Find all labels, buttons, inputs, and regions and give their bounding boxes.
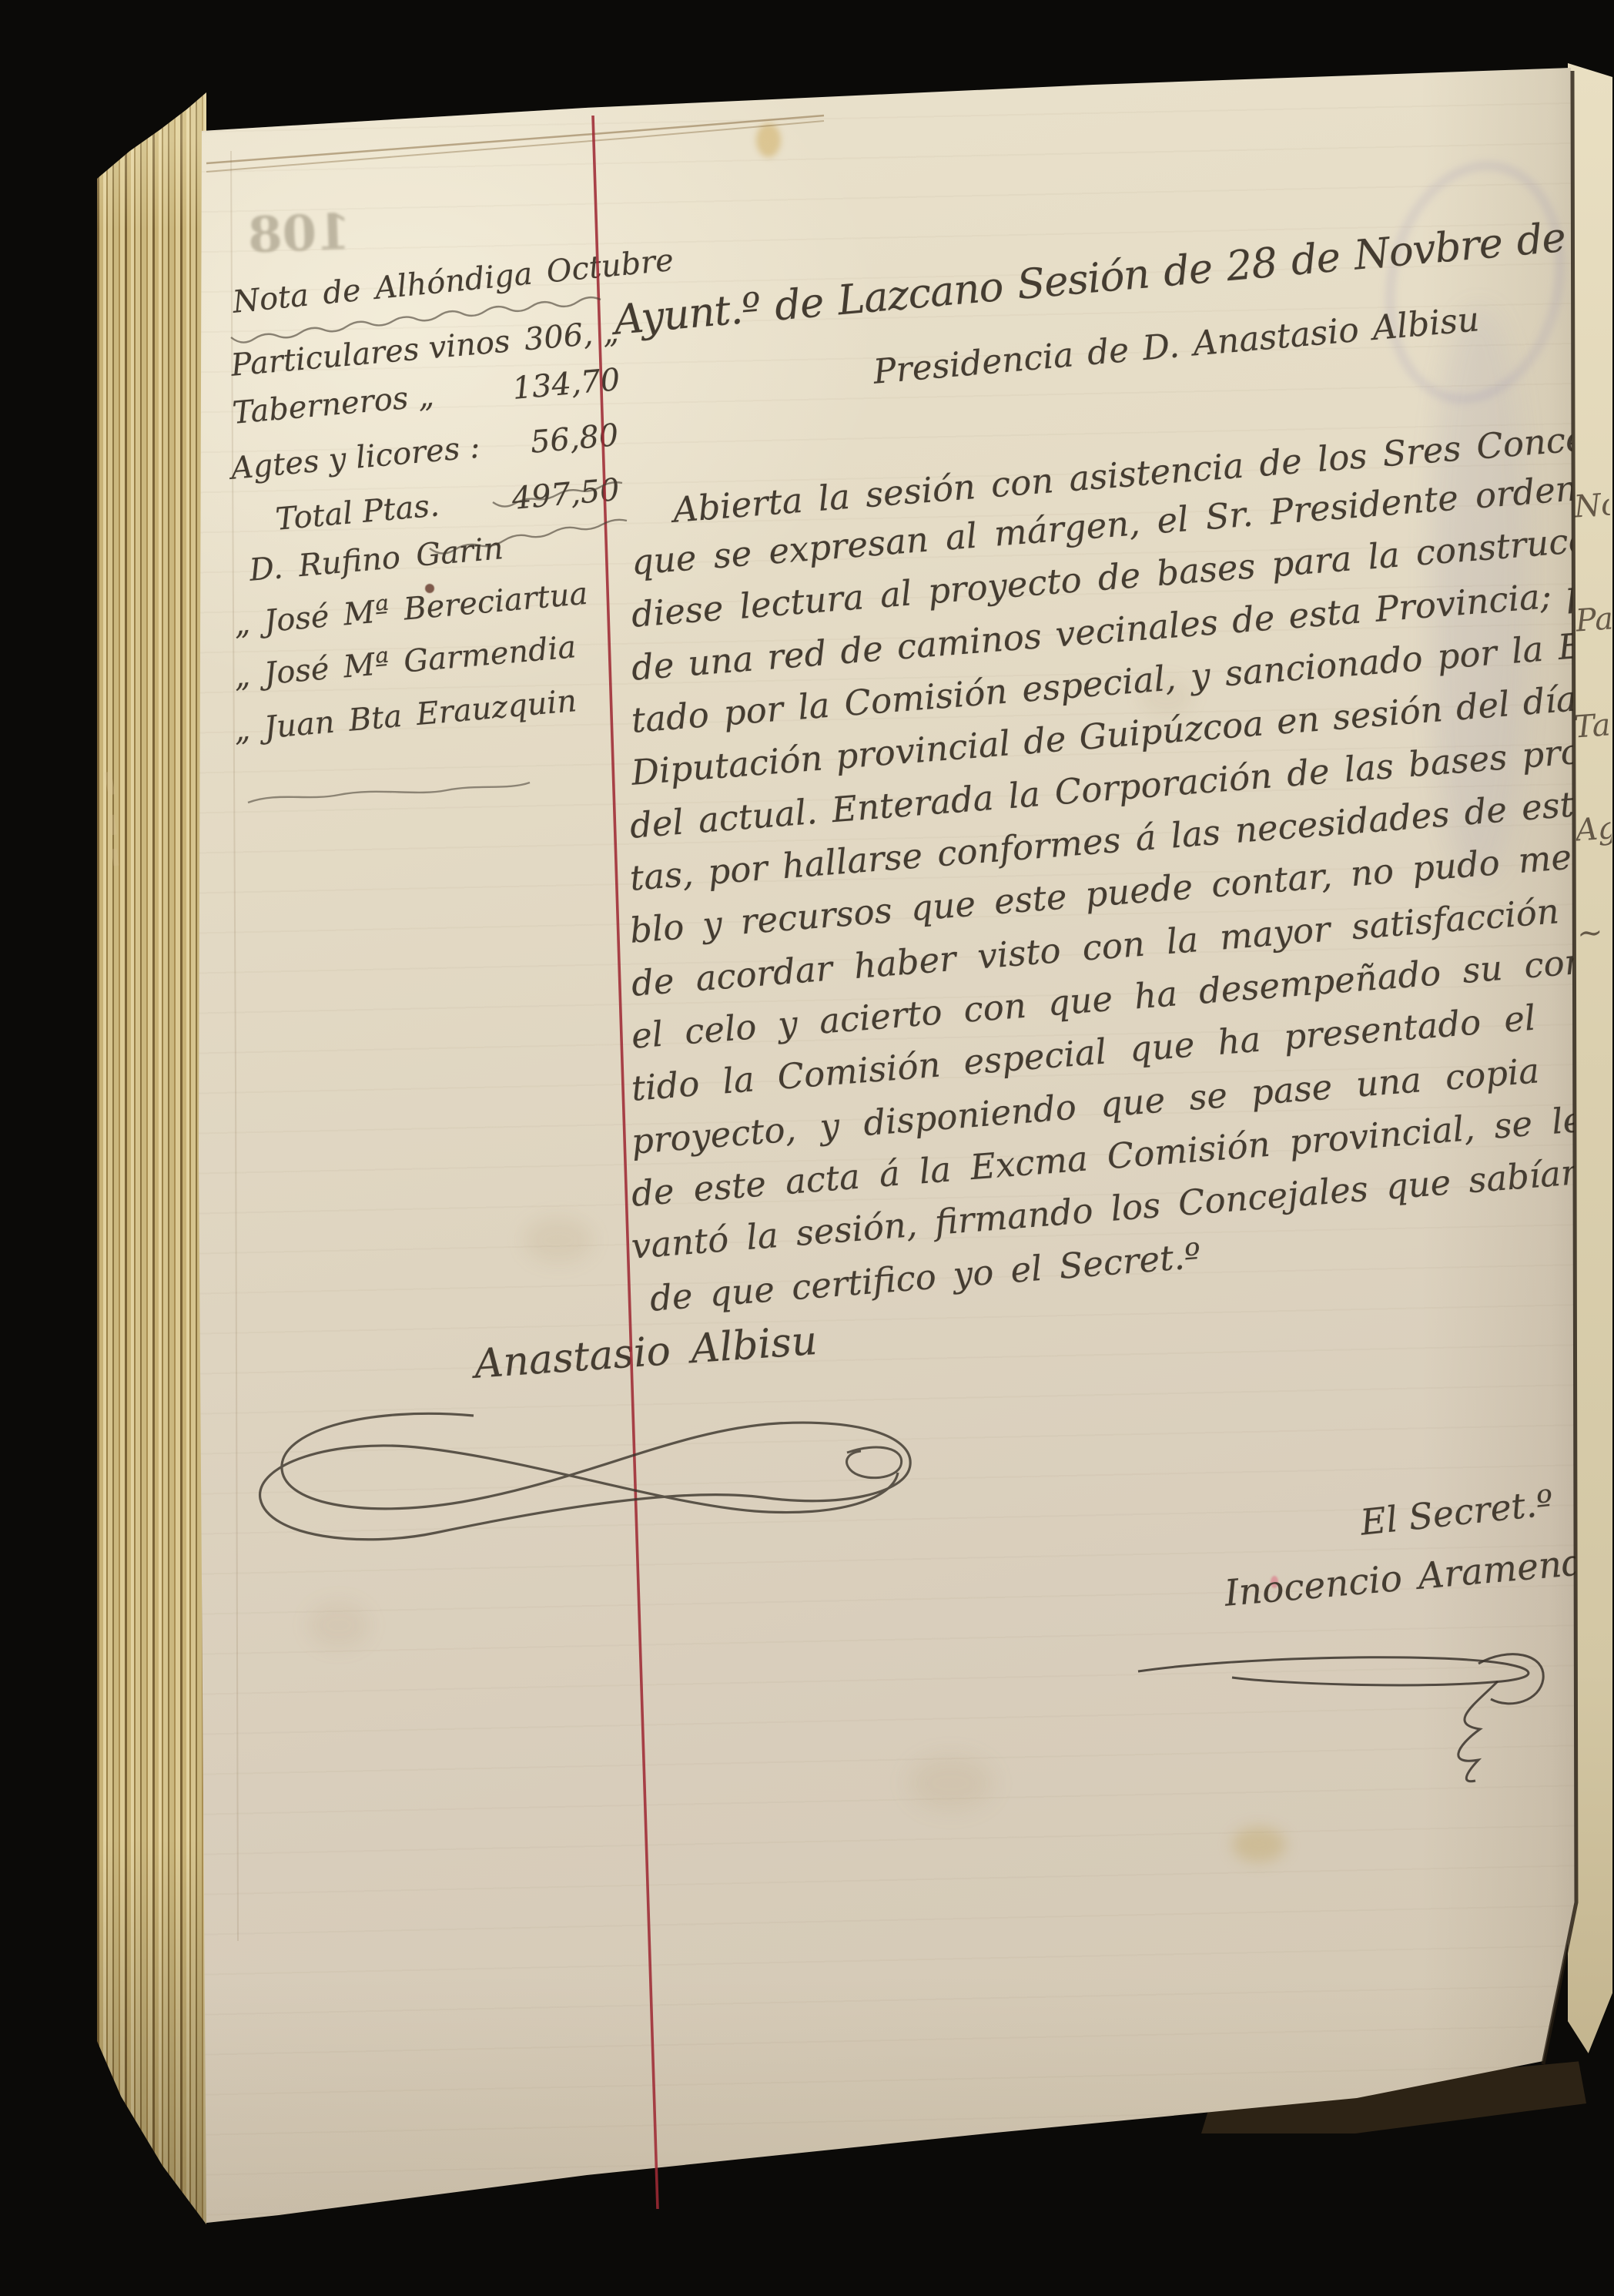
margin-attendee: „ José Mª Garmendia: [233, 629, 578, 695]
paper-stain: [524, 1217, 593, 1263]
next-page-text-fragment: ~: [1575, 913, 1612, 951]
bleedthrough-folio-number: 108: [247, 203, 352, 265]
secretary-title: El Secret.º: [1358, 1482, 1555, 1544]
president-signature: Anastasio Albisu: [473, 1318, 819, 1388]
secretary-signature: Inocencio Aramendi: [1223, 1540, 1598, 1615]
margin-entry-amount: 306, „: [523, 314, 620, 358]
paper-stain: [1232, 1827, 1286, 1862]
next-page-text-fragment: Pa: [1574, 601, 1612, 639]
margin-entry-amount: 134,70: [511, 362, 621, 407]
margin-entry-amount: 56,80: [529, 417, 620, 461]
paper-stain: [756, 123, 781, 157]
scanned-book-photo: Not Pa Ta Ag ~ 108 Nota de Alhóndiga Oct…: [0, 0, 1614, 2296]
margin-entry-amount: 497,50: [511, 472, 621, 517]
paper-stain: [308, 1602, 370, 1648]
next-page-text-fragment: Not: [1572, 487, 1610, 525]
margin-entry-label: Taberneros „: [231, 378, 435, 431]
margin-entry-label: Agtes y licores :: [229, 430, 481, 487]
paper-stain: [909, 1756, 993, 1810]
margin-entry-row: Total Ptas. 497,50: [274, 472, 621, 538]
margin-attendee: „ Juan Bta Erauzquin: [233, 683, 578, 749]
margin-attendee: D. Rufino Garin: [248, 531, 504, 588]
next-page-text-fragment: Ag: [1574, 810, 1612, 848]
next-page-text-fragment: Ta: [1572, 707, 1610, 745]
book-page-stack-edge: [97, 0, 206, 2296]
margin-entry-label: Total Ptas.: [274, 488, 440, 537]
manuscript-page: 108 Nota de Alhóndiga Octubre Particular…: [0, 0, 1614, 2296]
